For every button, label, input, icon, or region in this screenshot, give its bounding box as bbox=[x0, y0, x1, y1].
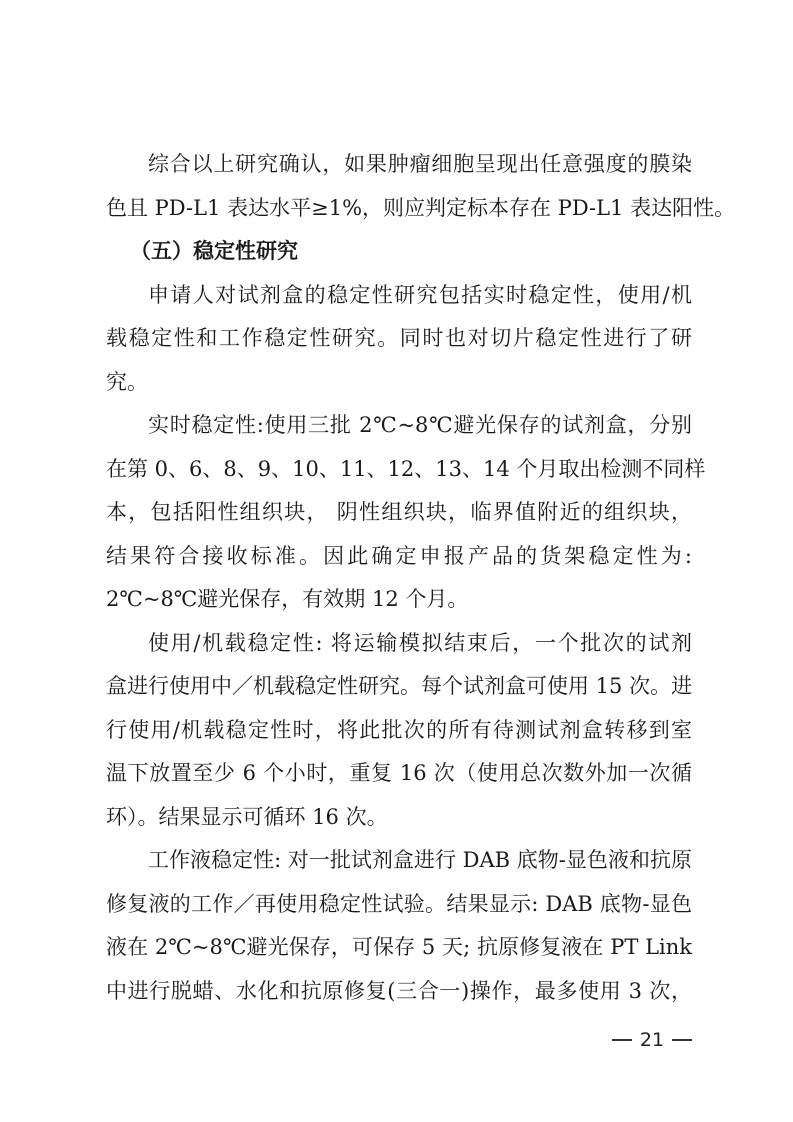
text-line: 行使用/机载稳定性时，将此批次的所有待测试剂盒转移到室 bbox=[106, 709, 692, 753]
text-line: 在第 0、6、8、9、10、11、12、13、14 个月取出检测不同样 bbox=[106, 448, 692, 492]
text-line: 究。 bbox=[106, 361, 692, 405]
section-heading: （五）稳定性研究 bbox=[106, 230, 692, 274]
text-line: 工作液稳定性: 对一批试剂盒进行 DAB 底物-显色液和抗原 bbox=[106, 839, 692, 883]
text-line: 温下放置至少 6 个小时，重复 16 次（使用总次数外加一次循 bbox=[106, 752, 692, 796]
text-line: 综合以上研究确认，如果肿瘤细胞呈现出任意强度的膜染 bbox=[106, 143, 692, 187]
text-line: 申请人对试剂盒的稳定性研究包括实时稳定性，使用/机 bbox=[106, 274, 692, 318]
dash-right-icon bbox=[672, 1039, 692, 1041]
paragraph-realtime-stability: 实时稳定性:使用三批 2℃~8℃避光保存的试剂盒，分别 在第 0、6、8、9、1… bbox=[106, 404, 692, 622]
text-line: 盒进行使用中／机载稳定性研究。每个试剂盒可使用 15 次。进 bbox=[106, 665, 692, 709]
document-page: 综合以上研究确认，如果肿瘤细胞呈现出任意强度的膜染 色且 PD-L1 表达水平≥… bbox=[0, 0, 793, 1122]
text-line: 结果符合接收标准。因此确定申报产品的货架稳定性为: bbox=[106, 535, 692, 579]
paragraph-onboard-stability: 使用/机载稳定性: 将运输模拟结束后，一个批次的试剂 盒进行使用中／机载稳定性研… bbox=[106, 622, 692, 840]
text-line: 液在 2℃~8℃避光保存，可保存 5 天; 抗原修复液在 PT Link bbox=[106, 926, 692, 970]
text-line: 载稳定性和工作稳定性研究。同时也对切片稳定性进行了研 bbox=[106, 317, 692, 361]
text-line: 中进行脱蜡、水化和抗原修复(三合一)操作，最多使用 3 次， bbox=[106, 970, 692, 1014]
text-line: 环）。结果显示可循环 16 次。 bbox=[106, 796, 692, 840]
text-line: 本，包括阳性组织块， 阴性组织块，临界值附近的组织块， bbox=[106, 491, 692, 535]
paragraph-conclusion: 综合以上研究确认，如果肿瘤细胞呈现出任意强度的膜染 色且 PD-L1 表达水平≥… bbox=[106, 143, 692, 230]
page-number: 21 bbox=[612, 1027, 692, 1053]
text-line: 使用/机载稳定性: 将运输模拟结束后，一个批次的试剂 bbox=[106, 622, 692, 666]
paragraph-working-solution-stability: 工作液稳定性: 对一批试剂盒进行 DAB 底物-显色液和抗原 修复液的工作／再使… bbox=[106, 839, 692, 1013]
paragraph-stability-intro: 申请人对试剂盒的稳定性研究包括实时稳定性，使用/机 载稳定性和工作稳定性研究。同… bbox=[106, 274, 692, 405]
text-line: 2℃~8℃避光保存，有效期 12 个月。 bbox=[106, 578, 692, 622]
text-line: 色且 PD-L1 表达水平≥1%，则应判定标本存在 PD-L1 表达阳性。 bbox=[106, 187, 692, 231]
page-number-value: 21 bbox=[640, 1029, 664, 1051]
dash-left-icon bbox=[612, 1039, 632, 1041]
text-line: 实时稳定性:使用三批 2℃~8℃避光保存的试剂盒，分别 bbox=[106, 404, 692, 448]
text-line: 修复液的工作／再使用稳定性试验。结果显示: DAB 底物-显色 bbox=[106, 883, 692, 927]
section-title: （五）稳定性研究 bbox=[106, 230, 692, 274]
document-body: 综合以上研究确认，如果肿瘤细胞呈现出任意强度的膜染 色且 PD-L1 表达水平≥… bbox=[106, 143, 692, 1013]
